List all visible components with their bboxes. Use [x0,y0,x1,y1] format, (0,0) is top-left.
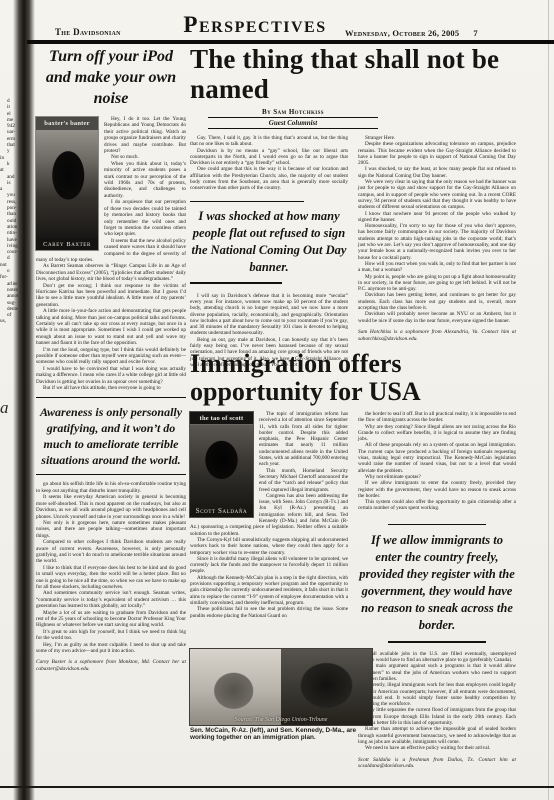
column-label: baxter's banter [36,117,98,130]
paragraph: o for- [0,268,12,281]
paragraph: Maybe a lot of us are waiting to graduat… [36,610,186,629]
columnist-photo-box-scott: the tao of scott Scott Saldaña [190,412,253,517]
paragraph: Despite these organizations advocating t… [358,141,516,166]
paragraph: I know that nowhere near 94 percent of t… [358,211,516,224]
paragraph: One could argue that this is the way it … [190,166,348,191]
article-ipod-headline: Turn off your iPod and make your own noi… [36,46,186,109]
article-named-col2-text: Stranger Here.Despite these organization… [358,135,516,324]
paragraph: It seems like everyday American society … [36,494,186,520]
byline-block: By Sam Hotchkiss Guest Columnist [208,108,378,129]
article-immigration-columns: the tao of scott Scott Saldaña The topic… [190,411,516,770]
paragraph: Although the Kennedy-McCain plan is a st… [190,575,348,606]
senators-photo-block: Source: The San Diego Union-Tribune Sen.… [190,649,372,742]
pull-quote-awareness: Awareness is only personally gratifying,… [36,397,186,475]
article-ipod-text-2: go about his selfish little life in his … [36,481,186,654]
article-ipod-signoff: Carey Baxter is a sophomore from Monkton… [36,659,186,672]
senators-photo: Source: The San Diego Union-Tribune [190,649,372,725]
pull-quote-immigrants: If we allow immigrants to enter the coun… [358,522,516,645]
paragraph: Not only is it gorgeous here, nature som… [36,520,186,539]
page-right-edge [548,0,549,800]
paragraph: I would have to be convinced that what I… [36,366,186,385]
article-named-col2: Stranger Here.Despite these organization… [358,135,516,368]
date-text: Wednesday, October 26, 2005 [345,28,459,38]
paragraph: We were very clear in saying that the on… [358,179,516,210]
mccain-photo [190,649,281,725]
column-label-tao: the tao of scott [190,412,253,425]
paragraph: Hey, I’m as guilty as the most culpable.… [36,642,186,655]
article-ipod: Turn off your iPod and make your own noi… [36,46,186,673]
bottom-rule [0,786,554,788]
edge-fragments: ditelme942uar-ermthaty ink atandis ayour… [0,98,12,325]
paragraph: These politicians fail to see the real p… [190,606,348,619]
paragraph: the border to seal it off. But in all pr… [358,411,516,424]
page-spine-shadow [13,0,35,800]
paragraph: Gay. There, I said it, gay. It is the th… [190,135,348,148]
paragraph: If all available jobs in the U.S. are fi… [358,651,516,664]
carey-baxter-photo [36,130,98,238]
paragraph: All of these proposals rely on a system … [358,442,516,473]
paragraph: How will you react when you walk in, onl… [358,261,516,274]
paragraph: of us, [0,312,12,325]
paragraph: If we allow immigrants to enter the coun… [358,480,516,499]
paragraph: Davidson will probably never become an N… [358,311,516,324]
paragraph: is a [0,180,12,193]
senators-photo-caption: Sen. McCain, R-Az. (left), and Sen. Kenn… [190,727,372,742]
paragraph: Why are they coming? Since illegal alien… [358,424,516,443]
edge-fragment-large: a [0,398,9,418]
byline-role: Guest Columnist [208,118,378,129]
paragraph: And sometimes community service isn’t en… [36,590,186,609]
article-immigration-col1: the tao of scott Scott Saldaña The topic… [190,411,348,770]
masthead: The Davidsonian [55,27,121,37]
article-named-signoff: Sam Hotchkiss is a sophomore from Alexan… [358,329,516,342]
date-line: Wednesday, October 26, 20057 [345,28,478,38]
article-named-col1-text-1: Gay. There, I said it, gay. It is the th… [190,135,348,192]
kennedy-photo [281,649,372,725]
paragraph: I was shocked, to say the least, at how … [358,166,516,179]
paragraph: I like to think that if everyone does hi… [36,565,186,591]
paragraph: The Cornyn-Kyl bill unrealistically sugg… [190,537,348,556]
paragraph: The main argument against such a program… [358,663,516,682]
paragraph: A little more in-your-face action and de… [36,308,186,346]
paragraph: d not [0,255,12,268]
article-immigration-headline: Immigration offers opportunity for USA [190,350,516,406]
article-ipod-body: baxter's banter Carey Baxter Hey, I do i… [36,116,186,673]
columnist-photo-box: baxter's banter Carey Baxter [36,117,98,250]
paragraph: k at [0,161,12,174]
paragraph: I will say in Davidson’s defense that it… [190,293,348,337]
scott-saldana-photo: Scott Saldaña [190,425,253,517]
article-named-col1: Gay. There, I said it, gay. It is the th… [190,135,348,368]
paragraph: But if we all have this attitude, then e… [36,385,186,391]
paragraph: y in [0,148,12,161]
paragraph: Very little separates the current flood … [358,707,516,726]
paragraph: Homosexuality, I’m sorry to say for thos… [358,223,516,261]
article-named-headline: The thing that shall not be named [190,44,516,104]
columnist-name: Carey Baxter [36,238,98,250]
photo-source-credit: Source: The San Diego Union-Tribune [190,717,372,723]
paragraph: Rather than attempt to achieve the impos… [358,726,516,745]
paragraph: I’m not the loud, outgoing type, but I t… [36,347,186,366]
pull-quote-shocked: I was shocked at how many people flat ou… [190,199,348,286]
article-immigration: Immigration offers opportunity for USA t… [190,350,516,770]
columnist-name-scott: Scott Saldaña [190,507,253,515]
paragraph: Davidson has been getting better, and co… [358,292,516,311]
paragraph: Davidson is by no means a “gay” school, … [190,148,348,167]
paragraph: It’s great to aim high for yourself, but… [36,629,186,642]
paragraph: We need to have an effective policy wait… [358,745,516,751]
article-immigration-col2: the border to seal it off. But in all pr… [358,411,516,770]
article-immigration-col2-text-1: the border to seal it off. But in all pr… [358,411,516,512]
article-immigration-col2-text-2: If all available jobs in the U.S. are fi… [358,651,516,752]
article-immigration-signoff: Scott Saldaña is a freshman from Dallas,… [358,757,516,770]
paragraph: As Barrett Seaman observes in “Binge: Ca… [36,263,186,282]
section-title: Perspectives [150,12,360,38]
paragraph: My point is, people who are going to put… [358,274,516,293]
paragraph: go about his selfish little life in his … [36,481,186,494]
byline-name: By Sam Hotchkiss [208,108,378,118]
article-named-columns: Gay. There, I said it, gay. It is the th… [190,135,516,368]
newspaper-page: ditelme942uar-ermthaty ink atandis ayour… [0,0,554,800]
paragraph: Since it is doubtful many illegal aliens… [190,556,348,575]
paragraph: Compared to other colleges I think David… [36,539,186,565]
paragraph: Don’t get me wrong; I think our response… [36,283,186,309]
paragraph: Currently, illegal immigrants work for l… [358,682,516,707]
article-named: The thing that shall not be named By Sam… [190,44,516,368]
paragraph: This system could also offer the opportu… [358,499,516,512]
page-number: 7 [473,28,477,38]
